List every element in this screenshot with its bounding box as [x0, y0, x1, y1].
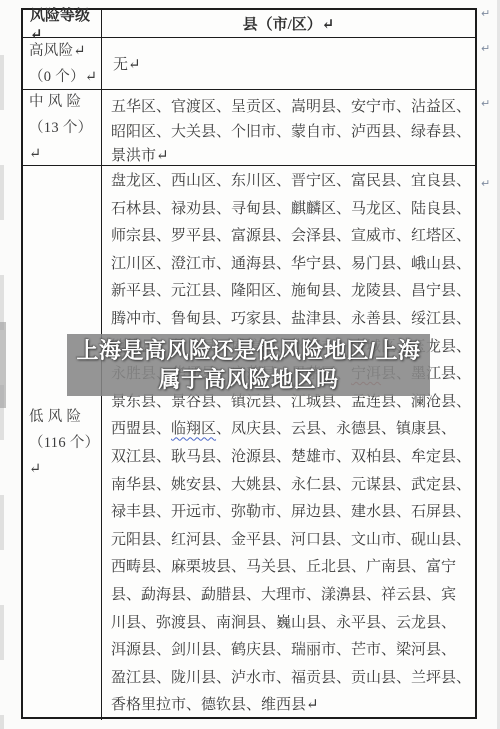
risk-level-count: （13 个）↵ — [29, 115, 101, 167]
county-list-line: 江川区、澄江市、通海县、华宁县、易门县、峨山县、 — [111, 251, 471, 279]
return-mark: ↵ — [481, 177, 490, 190]
caption-line-1: 上海是高风险还是低风险地区/上海 — [76, 336, 420, 365]
county-list-line: 石林县、禄劝县、寻甸县、麒麟区、马龙区、陆良县、 — [111, 196, 471, 224]
scan-artifact-smudge — [0, 322, 6, 408]
row-high-risk-label: 高风险↵ （0 个）↵ — [23, 38, 102, 90]
county-list-line: 香格里拉市、德钦县、维西县↵ — [111, 692, 471, 720]
county-list-line: 川县、弥渡县、南涧县、巍山县、永平县、云龙县、 — [111, 610, 471, 638]
county-list-line: 五华区、官渡区、呈贡区、嵩明县、安宁市、沾益区、 — [111, 95, 471, 120]
caption-line-2: 属于高风险地区吗 — [158, 365, 338, 394]
risk-level-count: （116 个）↵ — [29, 430, 101, 482]
county-list-line: 双江县、耿马县、沧源县、楚雄市、双柏县、牟定县、 — [111, 444, 471, 472]
county-list-line: 昭阳区、大关县、个旧市、蒙自市、泸西县、绿春县、 — [111, 120, 471, 145]
county-list-line: 县、勐海县、勐腊县、大理市、漾濞县、祥云县、宾 — [111, 582, 471, 610]
risk-level-name: 低 风 险 — [29, 404, 101, 430]
row-high-risk-counties: 无↵ — [102, 38, 475, 90]
header-county: 县（市/区）↵ — [102, 10, 475, 38]
county-list-line: 元阳县、红河县、金平县、河口县、文山市、砚山县、 — [111, 527, 471, 555]
return-mark: ↵ — [481, 7, 490, 20]
header-risk-level: 风险等级↵ — [23, 10, 102, 38]
county-list-line: 盈江县、陇川县、泸水市、福贡县、贡山县、兰坪县、 — [111, 665, 471, 693]
county-list-line: 盘龙区、西山区、东川区、晋宁区、富民县、宜良县、 — [111, 168, 471, 196]
county-list-line: 新平县、元江县、隆阳区、施甸县、龙陵县、昌宁县、 — [111, 278, 471, 306]
county-list-line: 洱源县、剑川县、鹤庆县、瑞丽市、芒市、梁河县、 — [111, 637, 471, 665]
return-mark: ↵ — [481, 42, 490, 55]
county-list-line: 西盟县、临翔区、凤庆县、云县、永德县、镇康县、 — [111, 416, 471, 444]
county-list-line: 西畴县、麻栗坡县、马关县、丘北县、广南县、富宁 — [111, 554, 471, 582]
risk-level-name: 高风险↵ — [29, 38, 101, 64]
county-list-line: 腾冲市、鲁甸县、巧家县、盐津县、永善县、绥江县、 — [111, 306, 471, 334]
county-list-line: 禄丰县、开远市、弥勒市、屏边县、建水县、石屏县、 — [111, 499, 471, 527]
risk-level-count: （0 个）↵ — [29, 64, 101, 90]
county-list-line: 师宗县、罗平县、富源县、会泽县、宣威市、红塔区、 — [111, 223, 471, 251]
row-mid-risk-label: 中 风 险 （13 个）↵ — [23, 90, 102, 166]
row-low-risk-counties: 盘龙区、西山区、东川区、晋宁区、富民县、宜良县、石林县、禄劝县、寻甸县、麒麟区、… — [102, 166, 475, 720]
row-mid-risk-counties: 五华区、官渡区、呈贡区、嵩明县、安宁市、沾益区、昭阳区、大关县、个旧市、蒙自市、… — [102, 90, 475, 166]
return-mark: ↵ — [481, 97, 490, 110]
document-page: 风险等级↵ 县（市/区）↵ 高风险↵ （0 个）↵ 无↵ 中 风 险 （13 个… — [0, 0, 500, 729]
wavy-underlined-county: 临翔区 — [171, 421, 216, 437]
county-list-line: 南华县、姚安县、大姚县、永仁县、元谋县、武定县、 — [111, 472, 471, 500]
county-list-line: 无↵ — [113, 53, 141, 74]
risk-level-name: 中 风 险 — [29, 89, 101, 115]
row-low-risk-label: 低 风 险 （116 个）↵ — [23, 166, 102, 720]
caption-overlay: 上海是高风险还是低风险地区/上海 属于高风险地区吗 — [67, 334, 430, 396]
